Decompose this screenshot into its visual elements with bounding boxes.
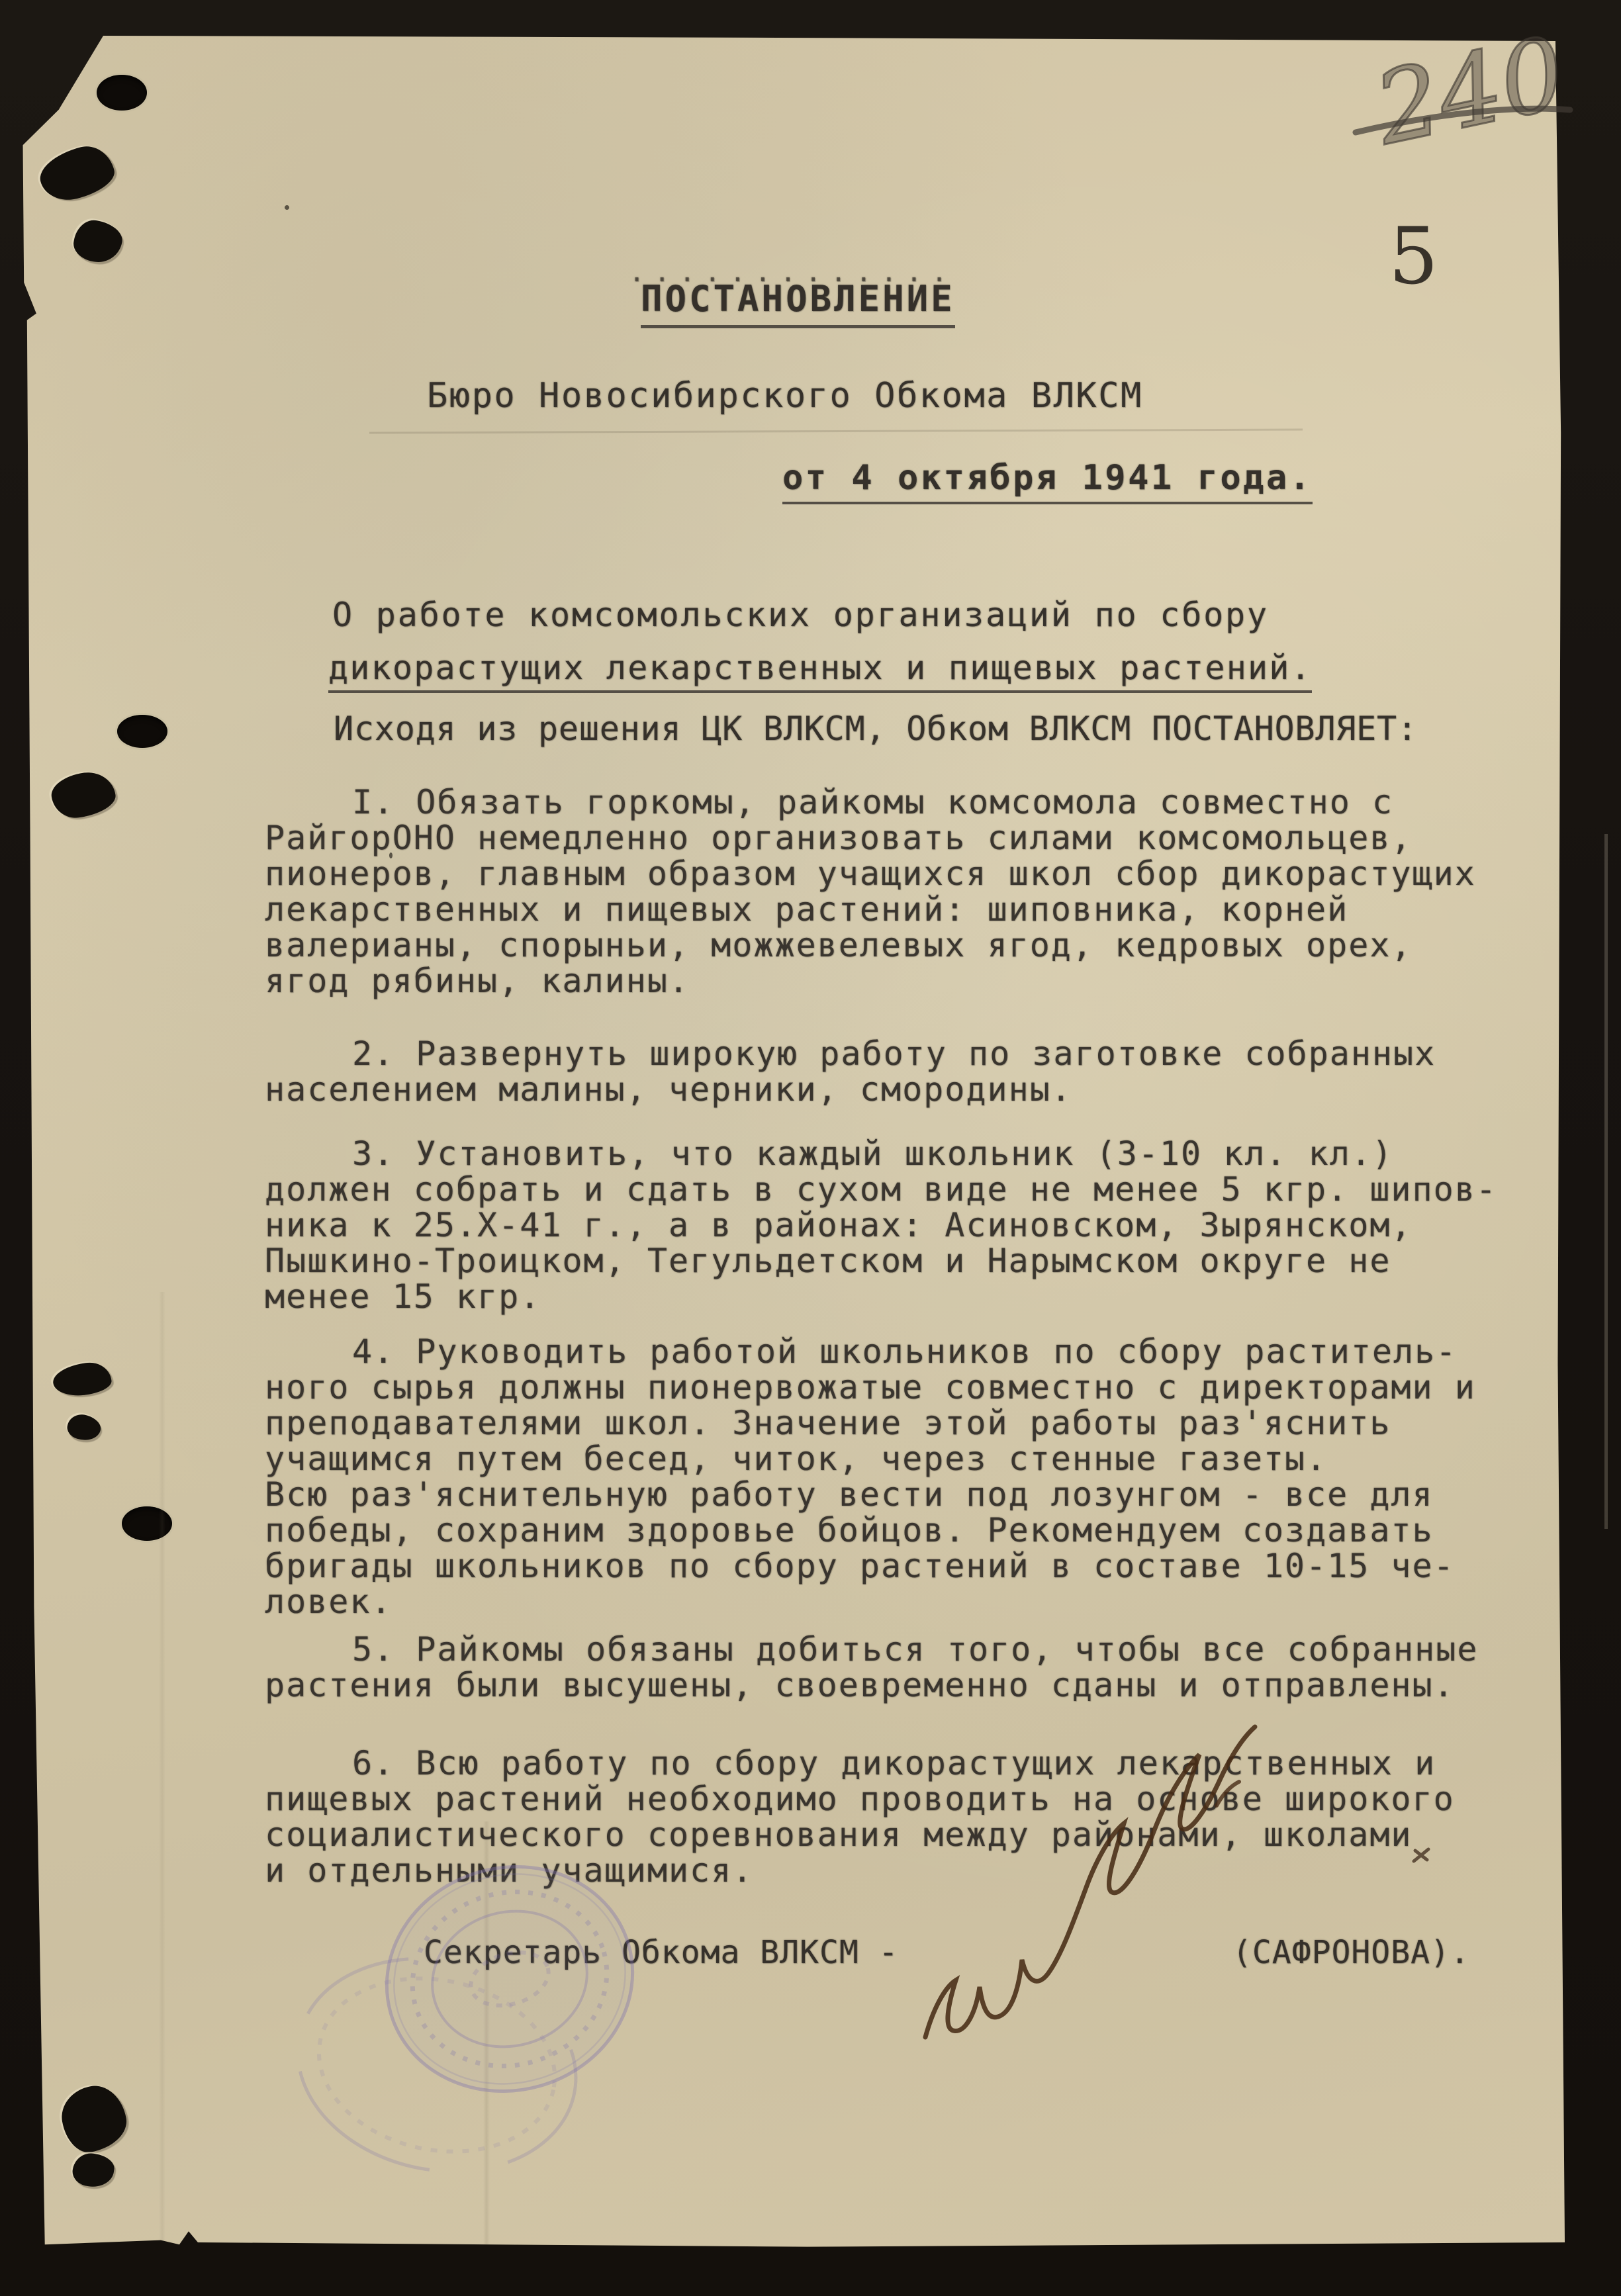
photo-backdrop: ············· ПОСТАНОВЛЕНИЕ Бюро Новосиб…	[0, 0, 1621, 2296]
para4-line1: 4. Руководить работой школьников по сбор…	[265, 1334, 1589, 1369]
page-number-stamp: 5	[1389, 210, 1438, 302]
para1-line1: I. Обязать горкомы, райкомы комсомола со…	[265, 784, 1589, 820]
para4-line2: ного сырья должны пионервожатые совместн…	[265, 1369, 1589, 1405]
para3-line5: менее 15 кгр.	[265, 1279, 1589, 1314]
torn-hole	[35, 141, 119, 207]
para4-line5: Всю раз'яснительную работу вести под лоз…	[265, 1477, 1589, 1512]
para6-line4: и отдельными учащимися.	[265, 1853, 1589, 1888]
subject-line-1: О работе комсомольских организаций по сб…	[332, 596, 1269, 634]
torn-hole	[52, 1361, 113, 1399]
dust-speck	[285, 205, 289, 210]
para4-line7: бригады школьников по сбору растений в с…	[265, 1548, 1589, 1584]
para1-line2: РайгорОНО немедленно организовать силами…	[265, 820, 1589, 856]
para3-line3: ника к 25.X-41 г., а в районах: Асиновск…	[265, 1207, 1589, 1243]
punch-hole	[97, 75, 147, 111]
bureau-line: Бюро Новосибирского Обкома ВЛКСМ	[427, 376, 1143, 416]
para2-line1: 2. Развернуть широкую работу по заготовк…	[265, 1036, 1589, 1072]
paragraph-3: 3. Установить, что каждый школьник (3-10…	[265, 1136, 1589, 1314]
torn-hole	[49, 769, 118, 821]
torn-hole	[57, 2081, 131, 2156]
para6-line1: 6. Всю работу по сбору дикорастущих лека…	[265, 1745, 1589, 1781]
para5-line1: 5. Райкомы обязаны добиться того, чтобы …	[265, 1631, 1589, 1667]
para5-line2: растения были высушены, своевременно сда…	[265, 1667, 1589, 1703]
punch-hole	[117, 715, 167, 748]
para3-line1: 3. Установить, что каждый школьник (3-10…	[265, 1136, 1589, 1171]
crease-line	[159, 1292, 165, 2245]
paragraph-5: 5. Райкомы обязаны добиться того, чтобы …	[265, 1631, 1589, 1703]
document-page: ············· ПОСТАНОВЛЕНИЕ Бюро Новосиб…	[19, 34, 1565, 2249]
subject-line-2: дикорастущих лекарственных и пищевых рас…	[328, 649, 1312, 693]
para1-line3: пионеров, главным образом учащихся школ …	[265, 856, 1589, 892]
signature-name: (САФРОНОВА).	[1232, 1934, 1470, 1971]
para2-line2: населением малины, черники, смородины.	[265, 1072, 1589, 1107]
torn-hole	[71, 2151, 116, 2189]
paragraph-6: 6. Всю работу по сбору дикорастущих лека…	[265, 1745, 1589, 1888]
torn-hole	[65, 1411, 104, 1444]
backdrop-edge-glint	[1604, 834, 1608, 1529]
date-line: от 4 октября 1941 года.	[782, 458, 1313, 504]
paragraph-4: 4. Руководить работой школьников по сбор…	[265, 1334, 1589, 1620]
para1-line4: лекарственных и пищевых растений: шиповн…	[265, 892, 1589, 927]
crease-line	[369, 429, 1303, 434]
paragraph-1: I. Обязать горкомы, райкомы комсомола со…	[265, 784, 1589, 999]
para4-line3: преподавателями школ. Значение этой рабо…	[265, 1405, 1589, 1441]
para6-line3: социалистического соревнования между рай…	[265, 1817, 1589, 1853]
para1-line6: ягод рябины, калины.	[265, 963, 1589, 999]
para6-line2: пищевых растений необходимо проводить на…	[265, 1781, 1589, 1817]
para4-line6: победы, сохраним здоровье бойцов. Рекоме…	[265, 1512, 1589, 1548]
para3-line4: Пышкино-Троицком, Тегульдетском и Нарымс…	[265, 1243, 1589, 1279]
paragraph-2: 2. Развернуть широкую работу по заготовк…	[265, 1036, 1589, 1107]
signature-role-line: Секретарь Обкома ВЛКСМ -	[424, 1934, 899, 1971]
para1-line5: валерианы, спорыньи, можжевелевых ягод, …	[265, 927, 1589, 963]
document-title: ПОСТАНОВЛЕНИЕ	[641, 278, 955, 328]
torn-hole	[71, 217, 125, 266]
preamble-line: Исходя из решения ЦК ВЛКСМ, Обком ВЛКСМ …	[246, 710, 1418, 748]
para4-line8: ловек.	[265, 1584, 1589, 1620]
para3-line2: должен собрать и сдать в сухом виде не м…	[265, 1171, 1589, 1207]
para4-line4: учащимся путем бесед, читок, через стенн…	[265, 1441, 1589, 1477]
